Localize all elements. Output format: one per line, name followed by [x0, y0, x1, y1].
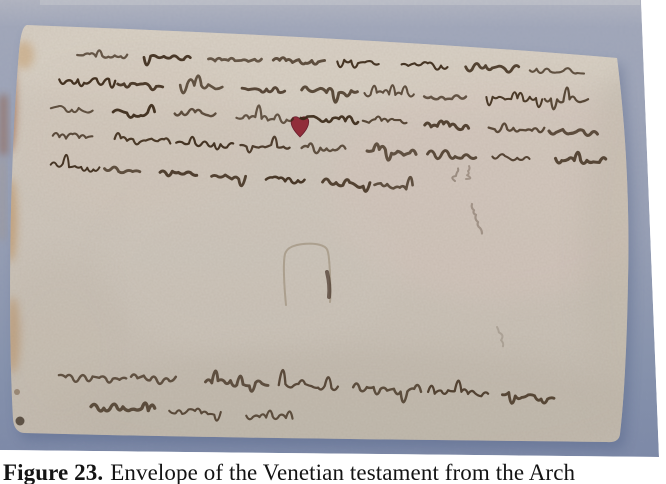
manuscript-photo	[0, 0, 666, 460]
figure-caption-text: Envelope of the Venetian testament from …	[110, 460, 575, 484]
figure-23: Figure 23.Envelope of the Venetian testa…	[0, 0, 666, 484]
figure-caption: Figure 23.Envelope of the Venetian testa…	[3, 461, 666, 484]
figure-caption-label: Figure 23.	[3, 460, 103, 484]
handwriting-word	[208, 58, 261, 61]
